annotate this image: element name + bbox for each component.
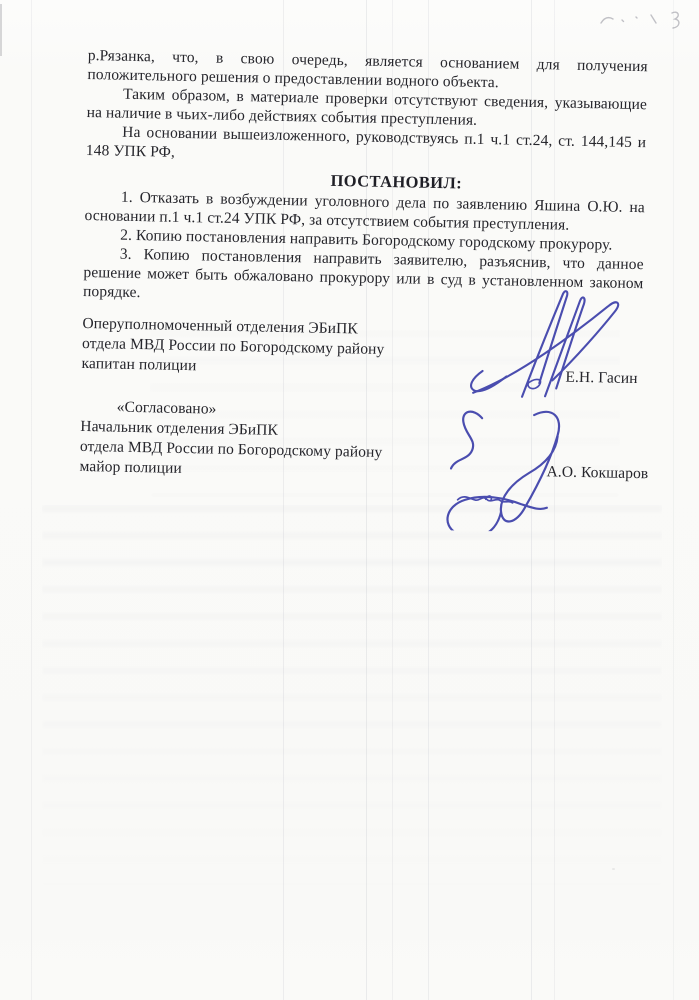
pencil-marks — [596, 6, 691, 36]
document-body: р.Рязанка, что, в свою очередь, является… — [79, 46, 688, 489]
signatory-name: Е.Н. Гасин — [565, 368, 638, 388]
resolution-item-3: 3. Копию постановления направить заявите… — [83, 244, 644, 312]
scan-edge-artifact — [0, 4, 2, 56]
scanned-page: р.Рязанка, что, в свою очередь, является… — [0, 0, 699, 1000]
bleedthrough-ghost-text — [42, 505, 662, 885]
scanner-line — [31, 0, 32, 1000]
approver-name: А.О. Кокшаров — [546, 462, 648, 483]
paper-speck — [612, 868, 615, 870]
